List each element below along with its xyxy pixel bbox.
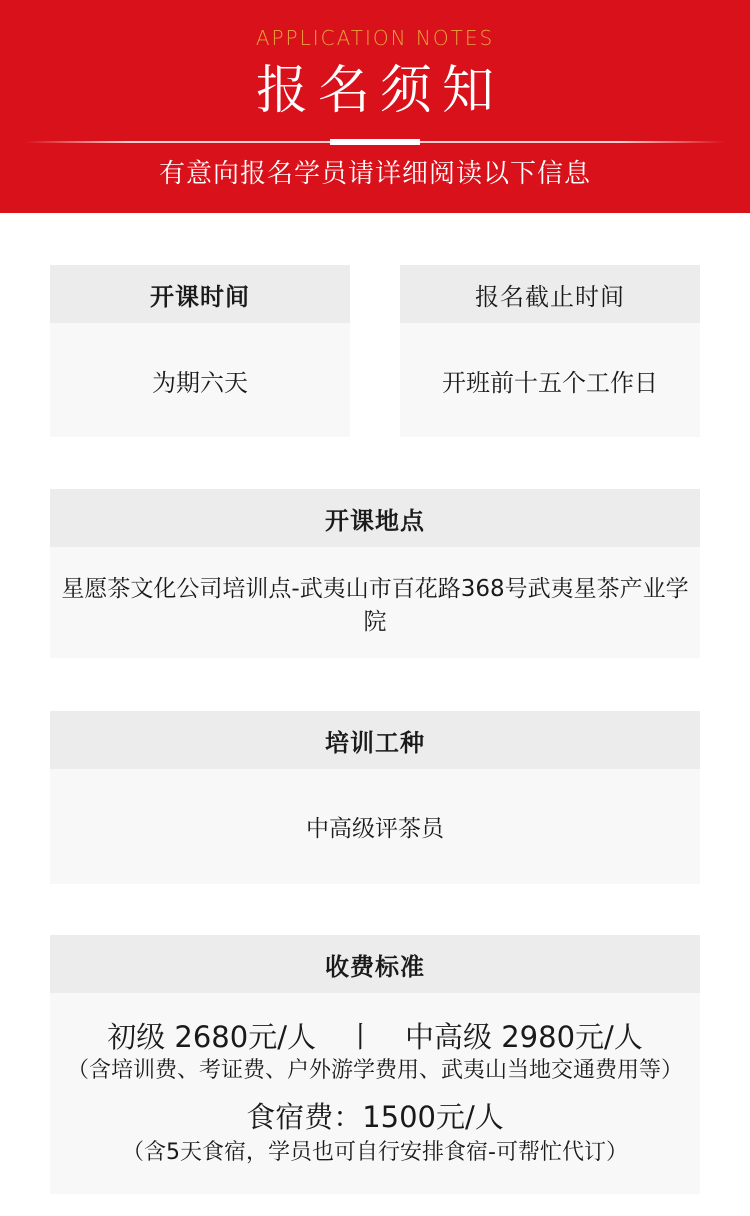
card-deadline: 报名截止时间 开班前十五个工作日	[400, 265, 700, 437]
time-cards-row: 开课时间 为期六天 报名截止时间 开班前十五个工作日	[50, 265, 700, 437]
card-start-time: 开课时间 为期六天	[50, 265, 350, 437]
card-occupation-value: 中高级评茶员	[50, 769, 700, 884]
banner-eyebrow: APPLICATION NOTES	[0, 28, 750, 48]
fee-price-note: （含培训费、考证费、户外游学费用、武夷山当地交通费用等）	[67, 1055, 683, 1087]
card-deadline-value: 开班前十五个工作日	[400, 323, 700, 437]
title-divider	[0, 139, 750, 145]
card-location-value: 星愿茶文化公司培训点-武夷山市百花路368号武夷星茶产业学院	[50, 547, 700, 658]
card-fees-details: 初级 2680元/人丨中高级 2980元/人 （含培训费、考证费、户外游学费用、…	[50, 993, 700, 1194]
page-title: 报名须知	[0, 60, 750, 122]
divider-center-bar	[330, 139, 420, 145]
fee-board-line: 食宿费：1500元/人	[246, 1099, 504, 1135]
fee-board-note: （含5天食宿，学员也可自行安排食宿-可帮忙代订）	[122, 1137, 628, 1169]
fee-price-secondary: 中高级 2980元/人	[405, 1020, 643, 1054]
application-notes-poster: APPLICATION NOTES 报名须知 有意向报名学员请详细阅读以下信息 …	[0, 0, 750, 1216]
card-start-time-value: 为期六天	[50, 323, 350, 437]
card-location: 开课地点 星愿茶文化公司培训点-武夷山市百花路368号武夷星茶产业学院	[50, 489, 700, 658]
card-fees-header: 收费标准	[50, 935, 700, 993]
card-occupation-header: 培训工种	[50, 711, 700, 769]
card-location-header: 开课地点	[50, 489, 700, 547]
card-deadline-header: 报名截止时间	[400, 265, 700, 323]
card-start-time-header: 开课时间	[50, 265, 350, 323]
cards-area: 开课时间 为期六天 报名截止时间 开班前十五个工作日 开课地点 星愿茶文化公司培…	[0, 265, 750, 1194]
card-fees: 收费标准 初级 2680元/人丨中高级 2980元/人 （含培训费、考证费、户外…	[50, 935, 700, 1194]
fee-price-primary: 初级 2680元/人	[107, 1020, 316, 1054]
banner-subtitle: 有意向报名学员请详细阅读以下信息	[0, 161, 750, 187]
card-occupation: 培训工种 中高级评茶员	[50, 711, 700, 884]
banner: APPLICATION NOTES 报名须知 有意向报名学员请详细阅读以下信息	[0, 0, 750, 213]
fee-price-separator: 丨	[346, 1019, 375, 1055]
fee-price-line: 初级 2680元/人丨中高级 2980元/人	[107, 1019, 643, 1055]
